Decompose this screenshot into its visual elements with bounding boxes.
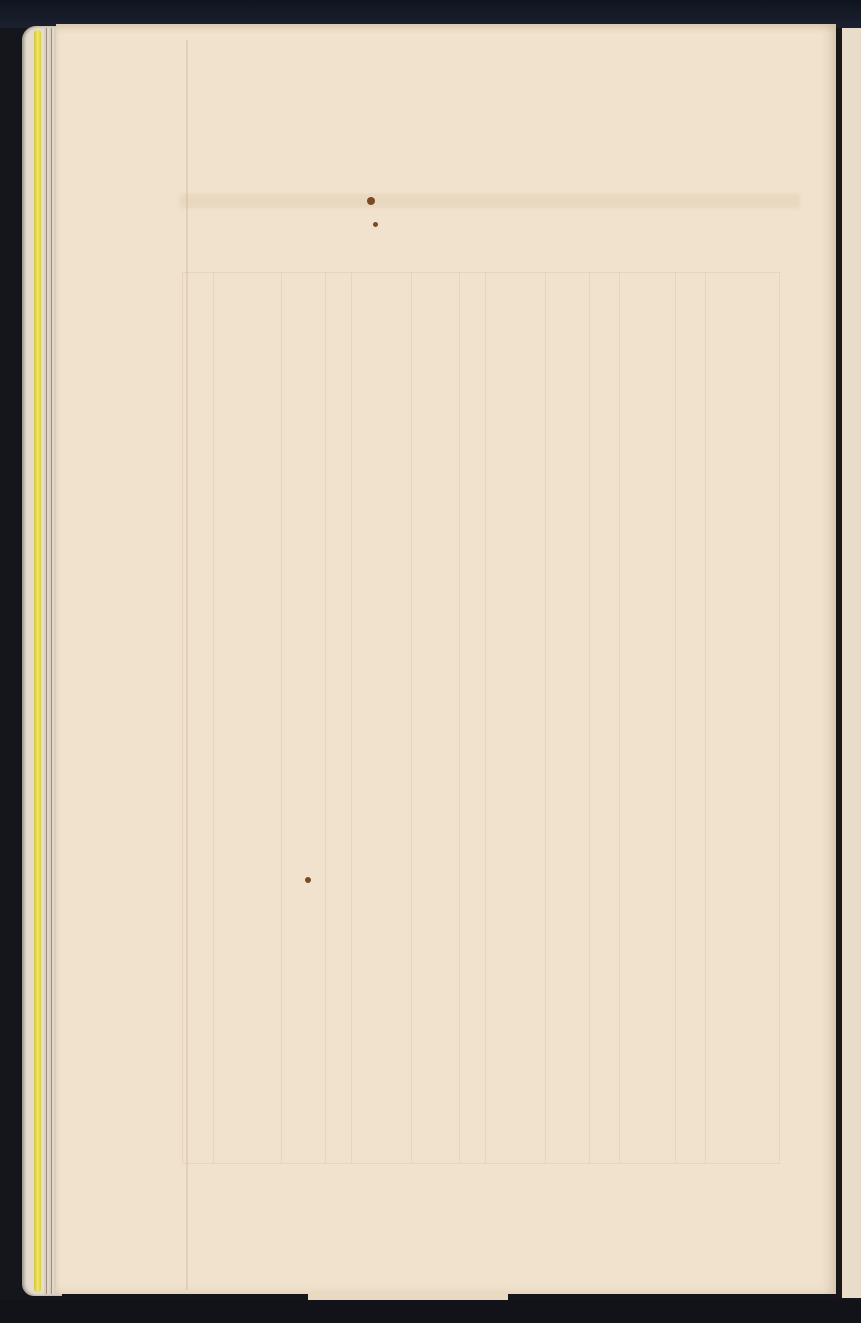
bleed-column-line [619, 273, 620, 1163]
bleed-column-line [705, 273, 706, 1163]
yellow-page-edge [34, 30, 41, 1292]
bleed-through-heading [180, 194, 800, 208]
bleed-column-line [325, 273, 326, 1163]
bleed-column-line [675, 273, 676, 1163]
bleed-column-line [545, 273, 546, 1163]
bleed-through-table [182, 272, 780, 1164]
stain-spot [373, 222, 378, 227]
scanner-background-bottom [0, 1300, 861, 1323]
bleed-column-line [589, 273, 590, 1163]
stain-spot [305, 877, 311, 883]
bleed-column-line [485, 273, 486, 1163]
bleed-column-line [281, 273, 282, 1163]
bleed-column-line [351, 273, 352, 1163]
bleed-column-line [411, 273, 412, 1163]
bleed-column-line [459, 273, 460, 1163]
bleed-column-line [213, 273, 214, 1163]
facing-page-edge [838, 28, 861, 1298]
stain-spot [367, 197, 375, 205]
book-scan [0, 0, 861, 1323]
